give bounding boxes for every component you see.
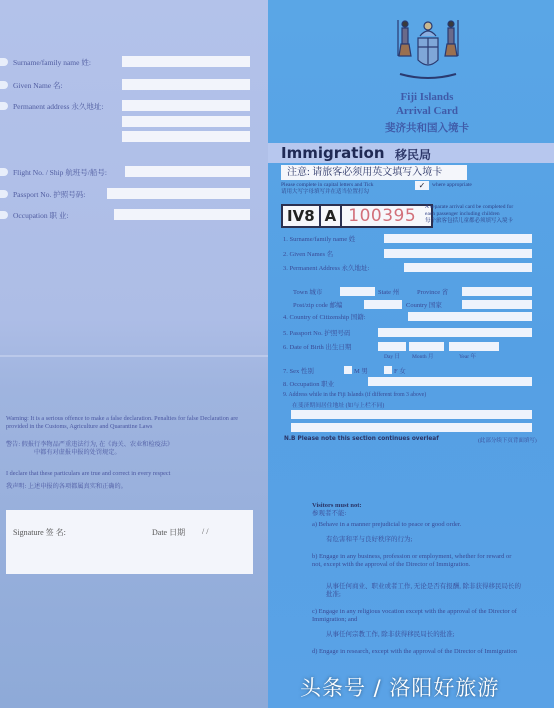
surname-field[interactable] (122, 56, 250, 67)
passport-row: Passport No. 护照号码: (0, 187, 85, 201)
town-field[interactable] (340, 287, 375, 296)
address-row: Permanent address 永久地址: (0, 99, 103, 113)
dob-day-field[interactable] (378, 342, 406, 351)
surname-row: Surname/family name 姓: (0, 55, 91, 69)
town-label: Town 城市 (293, 287, 322, 296)
card-title-cn: 斐济共和国入境卡 (372, 120, 482, 135)
postcode-field[interactable] (364, 300, 402, 309)
rule-b-cn: 从事任何商业、职业或者工作, 无论是否有报酬, 除非获得移民局长的批准; (326, 583, 526, 598)
declaration-text-cn: 我声明: 上述申报的各项都属真实和正确的。 (6, 483, 256, 491)
rule-d: d) Engage in research, except with the a… (312, 648, 522, 656)
card-address-label: 3. Permanent Address 永久地址: (283, 263, 369, 272)
card-occupation-label: 8. Occupation 职业 (283, 379, 334, 388)
instruction-text: Please complete in capital letters and T… (281, 182, 374, 188)
fold-line (0, 355, 270, 357)
fiji-address-label-cn: 在斐济期间居住地址 (如与上栏不同) (292, 400, 384, 409)
card-title-line-1: Fiji Islands (372, 91, 482, 103)
citizenship-field[interactable] (408, 312, 532, 321)
date-separators: / / (202, 527, 208, 536)
sex-label: 7. Sex 性别 (283, 366, 314, 375)
bullet-icon (0, 102, 8, 110)
male-label: M 男 (354, 366, 368, 375)
address-field-3[interactable] (122, 131, 250, 142)
rule-a: a) Behave in a manner prejudicial to pea… (312, 521, 532, 529)
fiji-coat-of-arms-icon (388, 16, 468, 84)
notice-banner: 注意: 请旅客必须用英文填写入境卡 (281, 165, 467, 180)
instruction-text-cn: 请用大写字母填写并在适当位置打勾 (281, 189, 369, 195)
flight-row: Flight No. / Ship 航班号/船号: (0, 165, 107, 179)
instruction-text-2: where appropriate (432, 182, 472, 188)
card-address-field[interactable] (404, 263, 532, 272)
fiji-address-field-2[interactable] (291, 423, 532, 432)
citizenship-label: 4. Country of Citizenship 国籍: (283, 312, 366, 321)
fiji-address-label: 9. Address while in the Fiji Islands (if… (283, 392, 426, 398)
warning-text-cn: 警告: 假报行李物品严重违法行为, 在《海关、农业和检疫法》 (6, 441, 256, 449)
year-label: Year 年 (459, 352, 476, 360)
address-label: Permanent address 永久地址: (13, 101, 103, 112)
dob-year-field[interactable] (449, 342, 499, 351)
card-surname-field[interactable] (384, 234, 532, 243)
side-note-cn: 每个旅客包括儿童都必须填写入境卡 (425, 218, 547, 224)
card-occupation-field[interactable] (368, 377, 532, 386)
male-checkbox[interactable] (344, 366, 352, 374)
passport-label: Passport No. 护照号码: (13, 189, 85, 200)
card-surname-label: 1. Surname/family name 姓 (283, 234, 355, 243)
warning-text: Warning: It is a serious offence to make… (6, 415, 256, 430)
side-note-2: each passenger including children (425, 211, 547, 217)
watermark-text: 头条号 / 洛阳好旅游 (300, 672, 499, 702)
bullet-icon (0, 168, 8, 176)
surname-label: Surname/family name 姓: (13, 57, 91, 68)
bullet-icon (0, 81, 8, 89)
given-name-row: Given Name 名: (0, 78, 63, 92)
bullet-icon (0, 190, 8, 198)
serial-prefix: IV8 (283, 206, 321, 226)
side-note-1: A separate arrival card be completed for (425, 204, 547, 210)
dob-label: 6. Date of Birth 出生日期 (283, 342, 351, 351)
country-field[interactable] (462, 300, 532, 309)
country-label: Country 国家 (406, 300, 442, 309)
bullet-icon (0, 211, 8, 219)
warning-text-cn-2: 中都有对虚报申报的处罚规定。 (34, 449, 254, 457)
province-field[interactable] (462, 287, 532, 296)
female-label: F 女 (394, 366, 406, 375)
serial-letter: A (321, 206, 343, 226)
visitors-heading: Visitors must not: (312, 502, 362, 510)
female-checkbox[interactable] (384, 366, 392, 374)
serial-number: 100395 (342, 206, 416, 226)
rule-c-cn: 从事任何宗教工作, 除非获得移民局长的批准; (326, 631, 526, 639)
signature-box[interactable]: Signature 签 名: Date 日期 / / (6, 510, 253, 574)
signature-label: Signature 签 名: (13, 527, 66, 538)
flight-field[interactable] (125, 166, 250, 177)
postcode-label: Post/zip code 邮编 (293, 300, 342, 309)
continues-overleaf-note-cn: (此部分续下页背面填写) (478, 436, 537, 444)
passport-field[interactable] (107, 188, 250, 199)
serial-number-box: IV8 A 100395 (281, 204, 433, 228)
day-label: Day 日 (384, 352, 400, 360)
occupation-row: Occupation 职 业: (0, 208, 68, 222)
address-field-2[interactable] (122, 116, 250, 127)
declaration-text: I declare that these particulars are tru… (6, 470, 256, 478)
occupation-label: Occupation 职 业: (13, 210, 68, 221)
dob-month-field[interactable] (409, 342, 444, 351)
address-field-1[interactable] (122, 100, 250, 111)
rule-b: b) Engage in any business, profession or… (312, 553, 522, 568)
given-name-field[interactable] (122, 79, 250, 90)
bullet-icon (0, 58, 8, 66)
immigration-heading: Immigration (281, 144, 385, 162)
rule-a-cn: 有危害和平与良好秩序的行为; (326, 536, 412, 544)
state-label: State 州 (378, 287, 399, 296)
rule-c: c) Engage in any religious vocation exce… (312, 608, 527, 623)
card-given-field[interactable] (384, 249, 532, 258)
occupation-field[interactable] (114, 209, 250, 220)
fiji-address-field-1[interactable] (291, 410, 532, 419)
continues-overleaf-note: N.B Please note this section continues o… (284, 436, 439, 442)
card-given-label: 2. Given Names 名 (283, 249, 333, 258)
province-label: Province 省 (417, 287, 448, 296)
date-label: Date 日期 (152, 527, 185, 538)
card-title-line-2: Arrival Card (372, 105, 482, 117)
month-label: Month 月 (412, 352, 434, 360)
flight-label: Flight No. / Ship 航班号/船号: (13, 167, 107, 178)
card-passport-label: 5. Passport No. 护照号码 (283, 328, 350, 337)
immigration-heading-cn: 移民局 (395, 146, 431, 163)
given-name-label: Given Name 名: (13, 80, 63, 91)
visitors-heading-cn: 参观者不能: (312, 510, 346, 518)
tick-icon: ✓ (415, 181, 429, 190)
card-passport-field[interactable] (378, 328, 532, 337)
